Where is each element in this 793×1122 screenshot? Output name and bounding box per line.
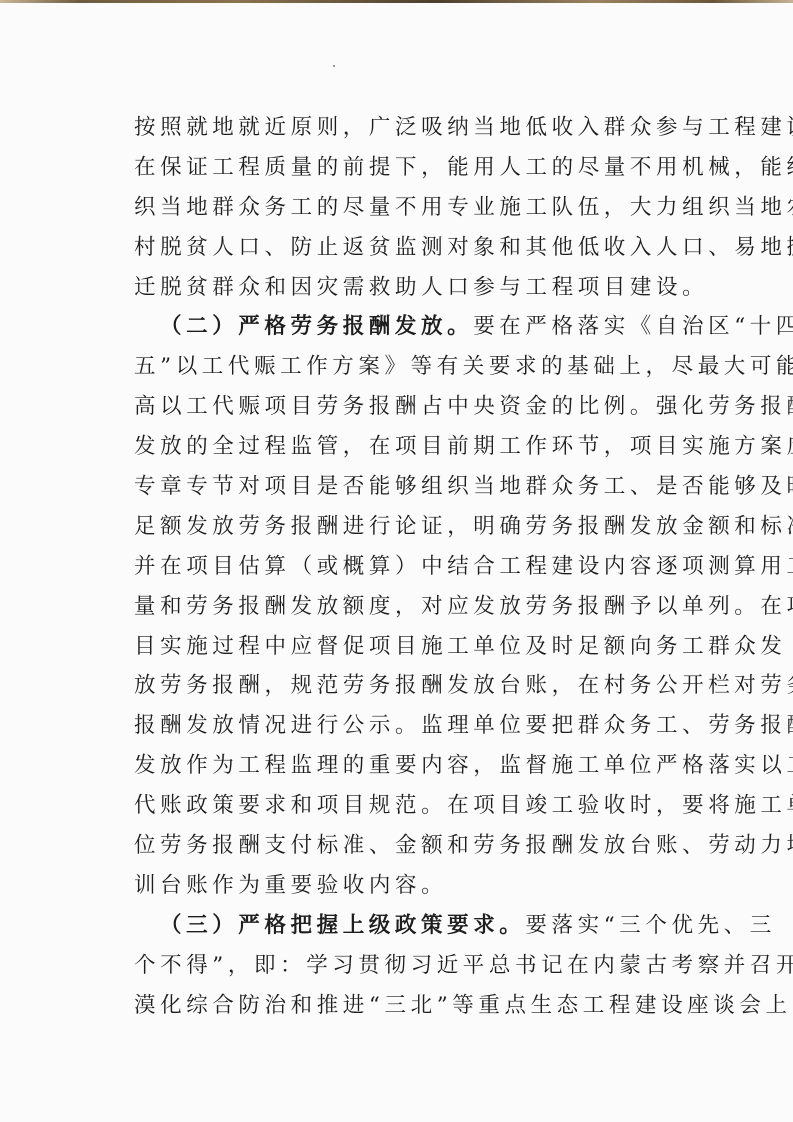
- text-line: 代账政策要求和项目规范。在项目竣工验收时，要将施工单: [134, 786, 674, 826]
- text-line: 高以工代赈项目劳务报酬占中央资金的比例。强化劳务报酬: [134, 387, 674, 427]
- text-line: 目实施过程中应督促项目施工单位及时足额向务工群众发: [134, 627, 674, 667]
- text-line: 织当地群众务工的尽量不用专业施工队伍，大力组织当地农: [134, 188, 674, 228]
- text-line: 迁脱贫群众和因灾需救助人口参与工程项目建设。: [134, 268, 674, 308]
- document-page: 按照就地就近原则，广泛吸纳当地低收入群众参与工程建设， 在保证工程质量的前提下，…: [134, 108, 674, 1025]
- text-line: 个不得”，即：学习贯彻习近平总书记在内蒙古考察并召开荒: [134, 946, 674, 986]
- section-heading-line: （三）严格把握上级政策要求。要落实“三个优先、三: [134, 906, 674, 946]
- text-line: 放劳务报酬，规范劳务报酬发放台账，在村务公开栏对劳务: [134, 666, 674, 706]
- text-line: 并在项目估算（或概算）中结合工程建设内容逐项测算用工: [134, 547, 674, 587]
- section-heading: （二）严格劳务报酬发放。: [160, 314, 473, 339]
- text-line: 发放作为工程监理的重要内容，监督施工单位严格落实以工: [134, 746, 674, 786]
- text-line: 报酬发放情况进行公示。监理单位要把群众务工、劳务报酬: [134, 706, 674, 746]
- text-line: 按照就地就近原则，广泛吸纳当地低收入群众参与工程建设，: [134, 108, 674, 148]
- text-line: 训台账作为重要验收内容。: [134, 866, 674, 906]
- text-line: 五”以工代赈工作方案》等有关要求的基础上，尽最大可能提: [134, 347, 674, 387]
- text-line: 在保证工程质量的前提下，能用人工的尽量不用机械，能组: [134, 148, 674, 188]
- scan-edge-strip: [0, 0, 793, 3]
- scan-speck: [333, 65, 335, 67]
- text-line: 专章专节对项目是否能够组织当地群众务工、是否能够及时: [134, 467, 674, 507]
- text-line: 足额发放劳务报酬进行论证，明确劳务报酬发放金额和标准，: [134, 507, 674, 547]
- text-line: 漠化综合防治和推进“三北”等重点生态工程建设座谈会上的: [134, 986, 674, 1026]
- text-line: 村脱贫人口、防止返贫监测对象和其他低收入人口、易地搬: [134, 228, 674, 268]
- text-line: 发放的全过程监管，在项目前期工作环节，项目实施方案应: [134, 427, 674, 467]
- text-line: 位劳务报酬支付标准、金额和劳务报酬发放台账、劳动力培: [134, 826, 674, 866]
- section-heading: （三）严格把握上级政策要求。: [160, 913, 525, 938]
- text-line: 量和劳务报酬发放额度，对应发放劳务报酬予以单列。在项: [134, 587, 674, 627]
- section-heading-line: （二）严格劳务报酬发放。要在严格落实《自治区“十四: [134, 307, 674, 347]
